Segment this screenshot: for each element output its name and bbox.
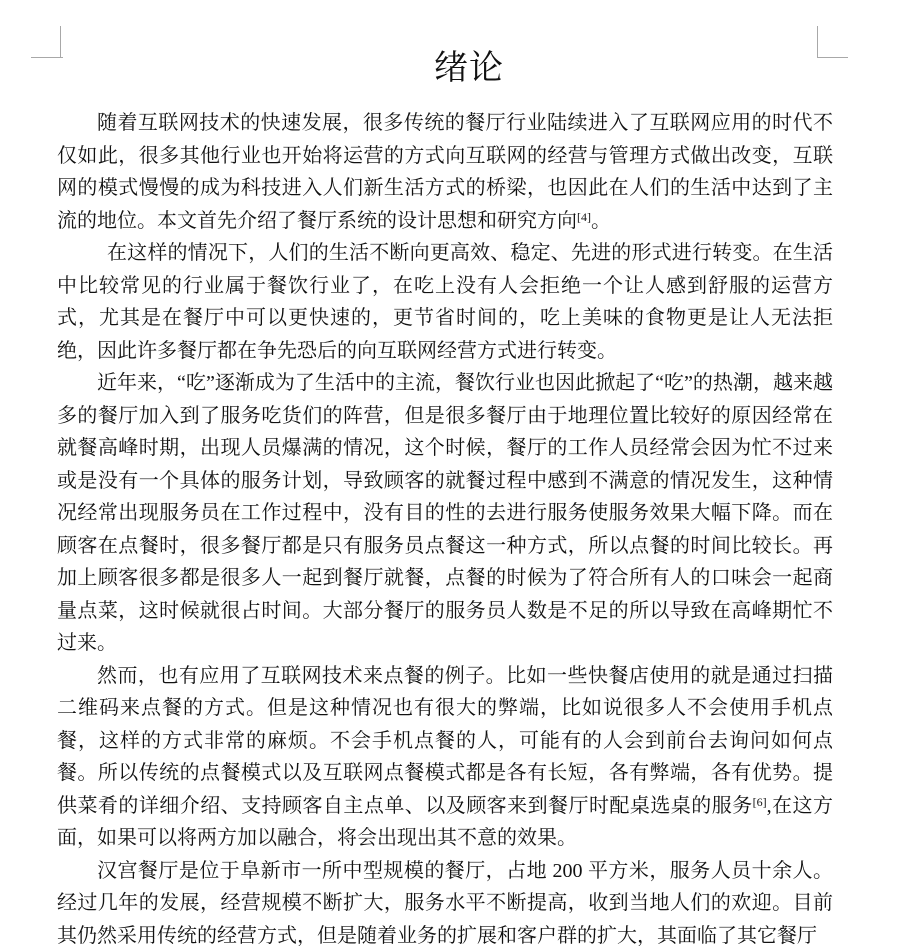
paragraph-1-text: 随着互联网技术的快速发展，很多传统的餐厅行业陆续进入了互联网应用的时代不仅如此，…	[57, 112, 833, 232]
footnote-ref-6: [6]	[753, 795, 767, 809]
document-body: 随着互联网技术的快速发展，很多传统的餐厅行业陆续进入了互联网应用的时代不仅如此，…	[57, 107, 833, 946]
margin-crop-mark-top-left-horizontal	[31, 57, 63, 58]
paragraph-4: 然而，也有应用了互联网技术来点餐的例子。比如一些快餐店使用的就是通过扫描二维码来…	[57, 660, 833, 855]
paragraph-5-text: 汉宫餐厅是位于阜新市一所中型规模的餐厅，占地 200 平方米，服务人员十余人。经…	[57, 860, 833, 946]
margin-crop-mark-top-left-vertical	[60, 26, 61, 57]
footnote-ref-4: [4]	[577, 210, 591, 224]
paragraph-2-text: 在这样的情况下，人们的生活不断向更高效、稳定、先进的形式进行转变。在生活中比较常…	[57, 242, 833, 362]
paragraph-1-tail: 。	[591, 210, 611, 232]
document-page: 绪论 随着互联网技术的快速发展，很多传统的餐厅行业陆续进入了互联网应用的时代不仅…	[0, 0, 917, 946]
paragraph-1: 随着互联网技术的快速发展，很多传统的餐厅行业陆续进入了互联网应用的时代不仅如此，…	[57, 107, 833, 237]
paragraph-3-text: 近年来，“吃”逐渐成为了生活中的主流，餐饮行业也因此掀起了“吃”的热潮，越来越多…	[57, 372, 833, 654]
document-title: 绪论	[81, 48, 857, 90]
paragraph-5: 汉宫餐厅是位于阜新市一所中型规模的餐厅，占地 200 平方米，服务人员十余人。经…	[57, 855, 833, 946]
paragraph-2: 在这样的情况下，人们的生活不断向更高效、稳定、先进的形式进行转变。在生活中比较常…	[57, 237, 833, 367]
paragraph-3: 近年来，“吃”逐渐成为了生活中的主流，餐饮行业也因此掀起了“吃”的热潮，越来越多…	[57, 367, 833, 660]
paragraph-4-text: 然而，也有应用了互联网技术来点餐的例子。比如一些快餐店使用的就是通过扫描二维码来…	[57, 665, 833, 817]
